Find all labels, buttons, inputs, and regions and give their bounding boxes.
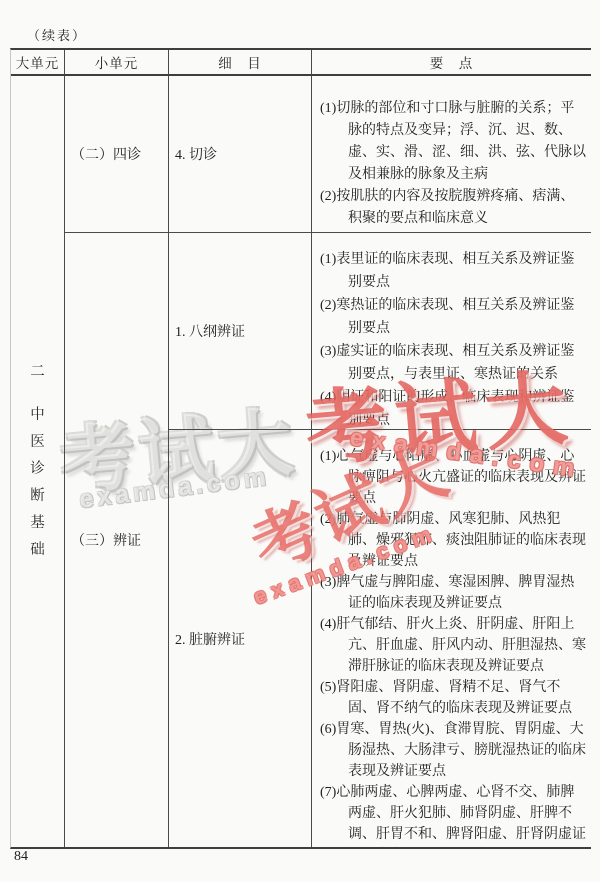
unit-char: 医: [30, 429, 45, 456]
point-text: (2)按肌肤的内容及按脘腹辨疼痛、痞满、积聚的要点和临床意义: [320, 186, 587, 230]
column-header-subunit: 小单元: [64, 50, 168, 76]
points-cell-zangfu: (1)心气虚与心阳虚、心血虚与心阴虚、心脉痹阻与心火亢盛证的临床表现及辨证要点(…: [311, 430, 591, 847]
syllabus-table: 大单元 小单元 细 目 要 点 二中医诊断基础 （二）四诊 4. 切诊 (1)切…: [10, 48, 591, 849]
point-text: (6)胃寒、胃热(火)、食滞胃脘、胃阴虚、大肠湿热、大肠津亏、膀胱湿热证的临床表…: [320, 719, 587, 782]
page-number: 84: [14, 849, 28, 865]
item-cell-eight-principles: 1. 八纲辨证: [168, 233, 311, 430]
point-text: (3)脾气虚与脾阳虚、寒湿困脾、脾胃湿热证的临床表现及辨证要点: [320, 572, 587, 614]
points-cell-pulse-taking: (1)切脉的部位和寸口脉与脏腑的关系；平脉的特点及变异；浮、沉、迟、数、虚、实、…: [311, 76, 591, 233]
unit-char: 二: [30, 359, 45, 386]
point-text: (4)肝气郁结、肝火上炎、肝阴虚、肝阳上亢、肝血虚、肝风内动、肝胆湿热、寒滞肝脉…: [320, 614, 587, 677]
subunit-cell-syndrome-differentiation: （三）辨证: [64, 233, 168, 847]
points-cell-eight-principles: (1)表里证的临床表现、相互关系及辨证鉴别要点(2)寒热证的临床表现、相互关系及…: [311, 233, 591, 430]
continued-table-label: （续表）: [27, 25, 87, 44]
subunit-cell-four-examinations: （二）四诊: [64, 76, 168, 233]
column-header-points: 要 点: [311, 50, 591, 76]
point-text: (7)心肺两虚、心脾两虚、心肾不交、肺脾两虚、肝火犯肺、肺肾阴虚、肝脾不调、肝胃…: [320, 782, 587, 847]
unit-char: 基: [30, 510, 45, 537]
item-cell-zangfu: 2. 脏腑辨证: [168, 430, 311, 847]
unit-char: 中: [30, 402, 45, 429]
unit-cell-vertical-title: 二中医诊断基础: [11, 76, 64, 847]
column-header-item: 细 目: [168, 50, 311, 76]
unit-char: 础: [30, 537, 45, 564]
unit-char: 诊: [30, 456, 45, 483]
point-text: (3)虚实证的临床表现、相互关系及辨证鉴别要点，与表里证、寒热证的关系: [320, 340, 587, 386]
point-text: (5)肾阳虚、肾阴虚、肾精不足、肾气不固、肾不纳气的临床表现及辨证要点: [320, 677, 587, 719]
item-cell-pulse-taking: 4. 切诊: [168, 76, 311, 233]
point-text: (2)肺气虚与肺阴虚、风寒犯肺、风热犯肺、燥邪犯肺、痰浊阻肺证的临床表现及辨证要…: [320, 509, 587, 572]
column-header-unit: 大单元: [11, 50, 64, 76]
point-text: (1)心气虚与心阳虚、心血虚与心阴虚、心脉痹阻与心火亢盛证的临床表现及辨证要点: [320, 446, 587, 509]
unit-char: 断: [30, 483, 45, 510]
point-text: (4)阴证和阳证的形成、临床表现和辨证鉴别要点: [320, 386, 587, 430]
point-text: (2)寒热证的临床表现、相互关系及辨证鉴别要点: [320, 294, 587, 340]
point-text: (1)表里证的临床表现、相互关系及辨证鉴别要点: [320, 248, 587, 294]
point-text: (1)切脉的部位和寸口脉与脏腑的关系；平脉的特点及变异；浮、沉、迟、数、虚、实、…: [320, 98, 587, 186]
